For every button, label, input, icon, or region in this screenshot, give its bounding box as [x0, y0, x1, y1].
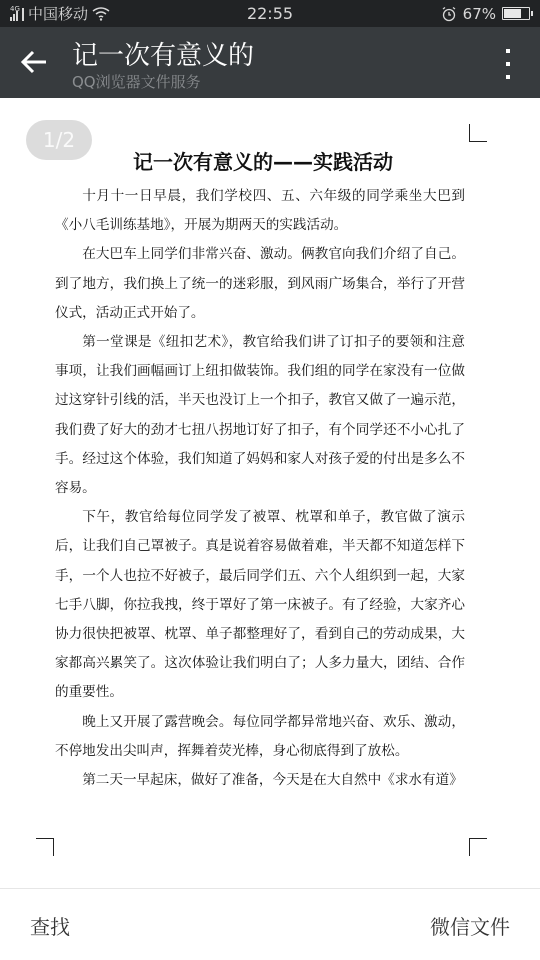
battery-percent: 67% [463, 5, 496, 23]
carrier-name: 中国移动 [28, 3, 88, 24]
more-vertical-icon [506, 49, 510, 53]
header-subtitle: QQ浏览器文件服务 [72, 71, 201, 92]
paragraph: 十月十一日早晨，我们学校四、五、六年级的同学乘坐大巴到《小八毛训练基地》，开展为… [55, 182, 465, 240]
find-button[interactable]: 查找 [30, 911, 70, 940]
wechat-files-button[interactable]: 微信文件 [430, 911, 510, 940]
back-button[interactable] [20, 49, 52, 77]
more-options-button[interactable] [498, 49, 518, 79]
arrow-left-icon [20, 49, 48, 75]
crop-mark-top-right [469, 124, 487, 142]
document-heading: 记一次有意义的——实践活动 [0, 146, 526, 175]
paragraph: 第二天一早起床，做好了准备，今天是在大自然中《求水有道》 [55, 766, 465, 795]
status-left: 4G 中国移动 [10, 3, 441, 24]
document-body: 十月十一日早晨，我们学校四、五、六年级的同学乘坐大巴到《小八毛训练基地》，开展为… [55, 182, 465, 795]
crop-mark-bottom-left [36, 838, 54, 856]
bottom-toolbar: 查找 微信文件 [0, 888, 540, 960]
alarm-icon [441, 6, 457, 22]
paragraph: 晚上又开展了露营晚会。每位同学都异常地兴奋、欢乐、激动，不停地发出尖叫声，挥舞着… [55, 708, 465, 766]
crop-mark-bottom-right [469, 838, 487, 856]
battery-icon [502, 7, 530, 20]
wifi-icon [92, 7, 110, 21]
document-viewer[interactable]: 1/2 记一次有意义的——实践活动 十月十一日早晨，我们学校四、五、六年级的同学… [0, 98, 540, 888]
status-right: 67% [441, 5, 530, 23]
network-type: 4G [10, 5, 20, 13]
app-header: 记一次有意义的 QQ浏览器文件服务 [0, 27, 540, 98]
paragraph: 下午，教官给每位同学发了被罩、枕罩和单子，教官做了演示后，让我们自己罩被子。真是… [55, 503, 465, 707]
paragraph: 第一堂课是《纽扣艺术》，教官给我们讲了订扣子的要领和注意事项，让我们画幅画订上纽… [55, 328, 465, 503]
paragraph: 在大巴车上同学们非常兴奋、激动。俩教官向我们介绍了自己。到了地方，我们换上了统一… [55, 240, 465, 328]
document-title: 记一次有意义的 [72, 35, 254, 72]
signal-icon: 4G [10, 7, 24, 21]
status-bar: 4G 中国移动 22:55 67% [0, 0, 540, 27]
